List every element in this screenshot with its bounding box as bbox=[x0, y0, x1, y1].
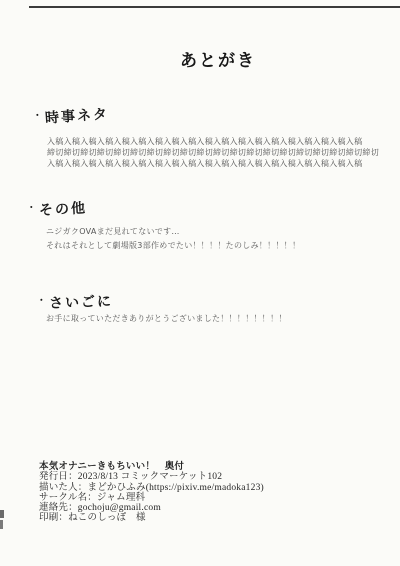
handwritten-line: お手に取っていただきありがとうございました！！！！！！！！ bbox=[46, 313, 287, 325]
handwritten-line: ニジガクOVAまだ見れてないです… bbox=[46, 225, 300, 239]
section-heading-topical: ・時事ネタ bbox=[32, 103, 109, 128]
colophon-line-contact: 連絡先：gochoju@gmail.com bbox=[39, 503, 264, 513]
afterword-page: あとがき ・時事ネタ 入稿入稿入稿入稿入稿入稿入稿入稿入稿入稿入稿入稿入稿入稿入… bbox=[0, 0, 400, 566]
colophon-line-artist: 描いた人：まどかひふみ(https://pixiv.me/madoka123) bbox=[39, 483, 264, 493]
section-heading-label: さいごに bbox=[49, 294, 114, 312]
section-heading-misc: ・その他 bbox=[27, 197, 88, 220]
handwritten-line: 入稿入稿入稿入稿入稿入稿入稿入稿入稿入稿入稿入稿入稿入稿入稿入稿入稿入稿入稿 bbox=[47, 158, 379, 169]
handwritten-line: 入稿入稿入稿入稿入稿入稿入稿入稿入稿入稿入稿入稿入稿入稿入稿入稿入稿入稿入稿 bbox=[47, 136, 379, 147]
bullet-dot: ・ bbox=[27, 203, 39, 214]
colophon-line-printer: 印刷：ねこのしっぽ 様 bbox=[39, 513, 264, 523]
handwritten-line: 締切締切締切締切締切締切締切締切締切締切締切締切締切締切締切締切締切締切締切締切 bbox=[47, 147, 379, 158]
page-top-border bbox=[29, 6, 400, 8]
colophon-line-circle: サークル名：ジャム理科 bbox=[39, 493, 264, 503]
section-heading-label: その他 bbox=[39, 200, 88, 218]
section-body-misc: ニジガクOVAまだ見れてないです… それはそれとして劇場版3部作めでたい！！！！… bbox=[46, 225, 300, 253]
section-body-topical: 入稿入稿入稿入稿入稿入稿入稿入稿入稿入稿入稿入稿入稿入稿入稿入稿入稿入稿入稿 締… bbox=[47, 136, 379, 169]
page-title: あとがき bbox=[180, 46, 256, 71]
colophon-line-issue-date: 発行日：2023/8/13 コミックマーケット102 bbox=[39, 472, 264, 482]
section-heading-finally: ・さいごに bbox=[37, 291, 114, 314]
scan-artifact bbox=[0, 520, 3, 529]
scan-artifact bbox=[0, 510, 4, 518]
section-heading-label: 時事ネタ bbox=[45, 106, 110, 126]
section-body-finally: お手に取っていただきありがとうございました！！！！！！！！ bbox=[46, 313, 287, 325]
colophon: 本気オナニーきもちいい！ 奥付 発行日：2023/8/13 コミックマーケット1… bbox=[39, 462, 264, 524]
handwritten-line: それはそれとして劇場版3部作めでたい！！！！たのしみ！！！！！ bbox=[46, 239, 300, 253]
colophon-title: 本気オナニーきもちいい！ 奥付 bbox=[39, 462, 264, 472]
bullet-dot: ・ bbox=[37, 296, 48, 306]
bullet-dot: ・ bbox=[33, 111, 45, 122]
